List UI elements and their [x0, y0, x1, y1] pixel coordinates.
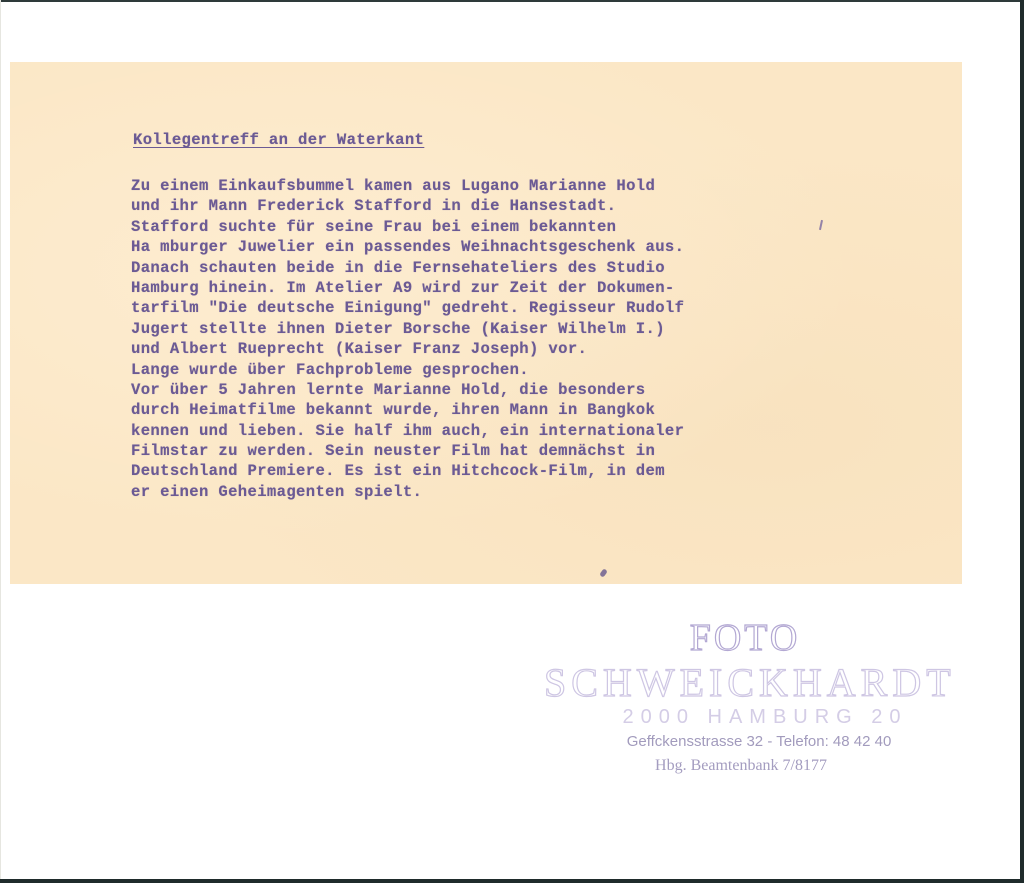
body-line: durch Heimatfilme bekannt wurde, ihren M…	[131, 400, 684, 420]
body-line: Stafford suchte für seine Frau bei einem…	[131, 217, 684, 237]
stamp-foto-label: FOTO	[550, 618, 940, 658]
body-line: und ihr Mann Frederick Stafford in die H…	[131, 196, 684, 216]
body-line: und Albert Rueprecht (Kaiser Franz Josep…	[131, 339, 684, 359]
document-headline: Kollegentreff an der Waterkant	[133, 131, 424, 149]
photographer-stamp: FOTO SCHWEICKHARDT 2000 HAMBURG 20 Geffc…	[550, 618, 940, 775]
body-line: Filmstar zu werden. Sein neuster Film ha…	[131, 441, 684, 461]
body-line: Danach schauten beide in die Fernsehatel…	[131, 258, 684, 278]
body-line: Zu einem Einkaufsbummel kamen aus Lugano…	[131, 176, 684, 196]
body-line: Ha mburger Juwelier ein passendes Weihna…	[131, 237, 684, 257]
body-line: Vor über 5 Jahren lernte Marianne Hold, …	[131, 380, 684, 400]
document-body: Zu einem Einkaufsbummel kamen aus Lugano…	[131, 176, 684, 502]
body-line: er einen Geheimagenten spielt.	[131, 482, 684, 502]
body-line: kennen und lieben. Sie half ihm auch, ei…	[131, 421, 684, 441]
stamp-city: 2000 HAMBURG 20	[590, 706, 940, 729]
stamp-address: Geffckensstrasse 32 - Telefon: 48 42 40	[578, 733, 940, 750]
photo-border-left	[0, 0, 1, 883]
body-line: Jugert stellte ihnen Dieter Borsche (Kai…	[131, 319, 684, 339]
photo-border-bottom	[0, 879, 1024, 883]
body-line: Lange wurde über Fachprobleme gesprochen…	[131, 360, 684, 380]
body-line: Deutschland Premiere. Es ist ein Hitchco…	[131, 461, 684, 481]
body-line: Hamburg hinein. Im Atelier A9 wird zur Z…	[131, 278, 684, 298]
stamp-studio-name: SCHWEICKHARDT	[544, 662, 940, 704]
photo-border-right	[1020, 0, 1024, 883]
body-line: tarfilm "Die deutsche Einigung" gedreht.…	[131, 298, 684, 318]
stamp-bank: Hbg. Beamtenbank 7/8177	[542, 757, 940, 775]
photo-border-top	[0, 0, 1024, 2]
